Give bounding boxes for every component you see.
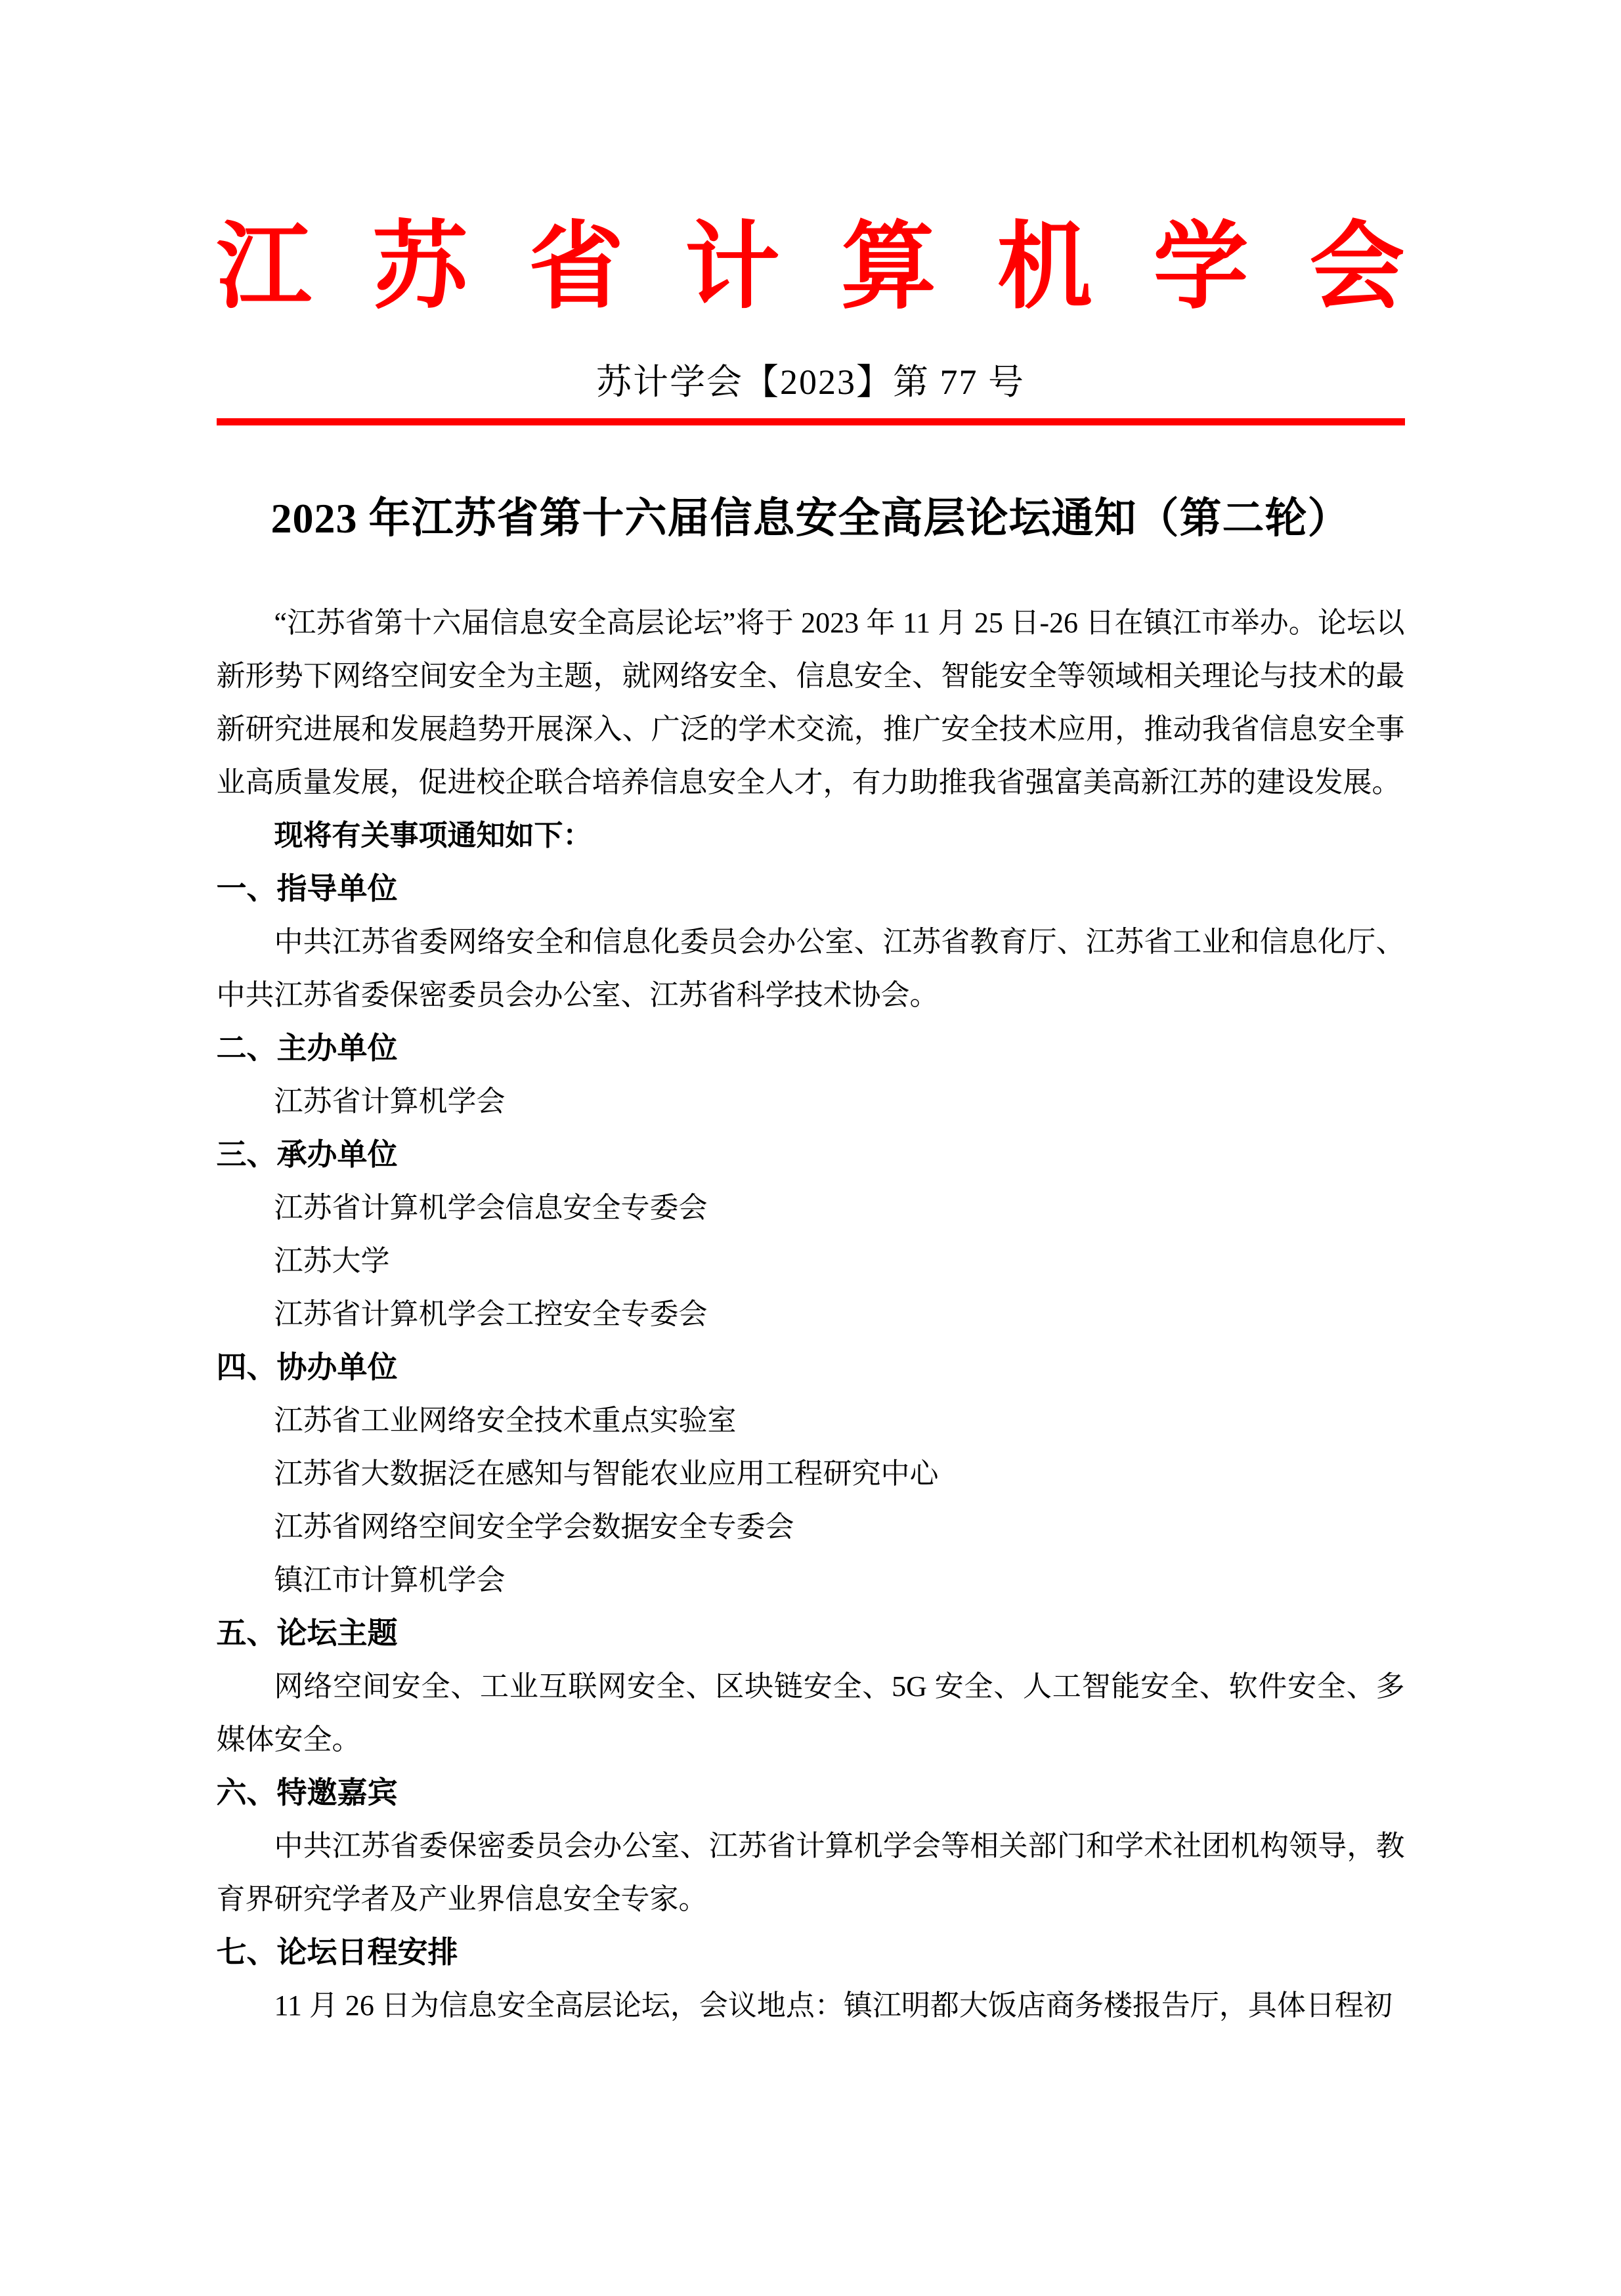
section-heading: 四、协办单位 <box>217 1341 1405 1394</box>
section-item: 江苏省计算机学会 <box>217 1075 1405 1128</box>
document-body: “江苏省第十六届信息安全高层论坛”将于 2023 年 11 月 25 日-26 … <box>217 596 1405 2032</box>
section-heading: 五、论坛主题 <box>217 1607 1405 1660</box>
org-name-char: 会 <box>1309 221 1404 316</box>
intro-paragraph: “江苏省第十六届信息安全高层论坛”将于 2023 年 11 月 25 日-26 … <box>217 596 1405 809</box>
letterhead-doc-number: 苏计学会【2023】第 77 号 <box>217 364 1405 400</box>
document-title: 2023 年江苏省第十六届信息安全高层论坛通知（第二轮） <box>217 492 1405 545</box>
section-heading: 一、指导单位 <box>217 862 1405 915</box>
org-name-char: 苏 <box>372 221 467 316</box>
section-item: 镇江市计算机学会 <box>217 1553 1405 1607</box>
document-page: 江苏省计算机学会 苏计学会【2023】第 77 号 2023 年江苏省第十六届信… <box>0 0 1621 2296</box>
section-item: 江苏省大数据泛在感知与智能农业应用工程研究中心 <box>217 1447 1405 1500</box>
org-name-char: 省 <box>529 221 624 316</box>
red-divider-line <box>217 418 1405 425</box>
section-heading: 六、特邀嘉宾 <box>217 1766 1405 1819</box>
org-name-char: 江 <box>217 221 312 316</box>
org-name-char: 学 <box>1154 221 1249 316</box>
section-item: 11 月 26 日为信息安全高层论坛，会议地点：镇江明都大饭店商务楼报告厅，具体… <box>217 1979 1405 2032</box>
letterhead-org-name: 江苏省计算机学会 <box>217 221 1405 316</box>
section-heading: 七、论坛日程安排 <box>217 1926 1405 1979</box>
section-item: 中共江苏省委网络安全和信息化委员会办公室、江苏省教育厅、江苏省工业和信息化厅、中… <box>217 915 1405 1022</box>
section-item: 中共江苏省委保密委员会办公室、江苏省计算机学会等相关部门和学术社团机构领导，教育… <box>217 1819 1405 1926</box>
section-heading: 三、承办单位 <box>217 1128 1405 1181</box>
section-item: 江苏大学 <box>217 1234 1405 1288</box>
section-item: 江苏省工业网络安全技术重点实验室 <box>217 1394 1405 1447</box>
section-item: 江苏省计算机学会信息安全专委会 <box>217 1181 1405 1234</box>
notice-line: 现将有关事项通知如下： <box>217 809 1405 862</box>
section-heading: 二、主办单位 <box>217 1022 1405 1075</box>
section-item: 江苏省网络空间安全学会数据安全专委会 <box>217 1500 1405 1553</box>
section-item: 网络空间安全、工业互联网安全、区块链安全、5G 安全、人工智能安全、软件安全、多… <box>217 1660 1405 1766</box>
document-content: 江苏省计算机学会 苏计学会【2023】第 77 号 2023 年江苏省第十六届信… <box>217 221 1405 2032</box>
org-name-char: 机 <box>997 221 1092 316</box>
org-name-char: 算 <box>841 221 936 316</box>
section-item: 江苏省计算机学会工控安全专委会 <box>217 1288 1405 1341</box>
sections-container: 一、指导单位中共江苏省委网络安全和信息化委员会办公室、江苏省教育厅、江苏省工业和… <box>217 862 1405 2032</box>
org-name-char: 计 <box>685 221 780 316</box>
